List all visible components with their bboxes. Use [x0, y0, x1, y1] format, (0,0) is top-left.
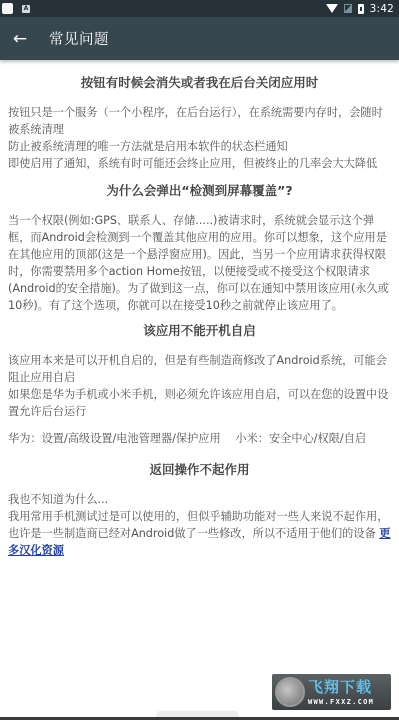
faq-section-autostart: 该应用不能开机自启 该应用本来是可以开机自启的，但是有些制造商修改了Androi…: [8, 322, 391, 447]
paragraph: 我也不知道为什么...: [8, 491, 391, 508]
notification-a-icon: A: [22, 5, 30, 13]
section-heading: 为什么会弹出“检测到屏幕覆盖”?: [8, 182, 391, 200]
watermark-text: 飞翔下载 WWW.FXXZ.COM: [308, 678, 374, 707]
paragraph: 华为：设置/高级设置/电池管理器/保护应用 小米：安全中心/权限/自启: [8, 430, 391, 447]
faq-section-buttons-disappear: 按钮有时候会消失或者我在后台关闭应用时 按钮只是一个服务（一个小程序，在后台运行…: [8, 74, 391, 172]
paragraph: 如果您是华为手机或小米手机，则必须允许该应用自启，可以在您的设置中设置允许后台运…: [8, 386, 391, 420]
section-heading: 该应用不能开机自启: [8, 322, 391, 340]
paragraph: 即使启用了通知，系统有时可能还会终止应用，但被终止的几率会大大降低: [8, 155, 391, 172]
faq-section-screen-overlay: 为什么会弹出“检测到屏幕覆盖”? 当一个权限(例如:GPS、联系人、存储....…: [8, 182, 391, 314]
status-clock: 3:42: [370, 3, 394, 15]
arrow-left-icon: ←: [13, 29, 27, 49]
paragraph: 当一个权限(例如:GPS、联系人、存储.....)被请求时，系统就会显示这个弹框…: [8, 212, 391, 314]
section-heading: 按钮有时候会消失或者我在后台关闭应用时: [8, 74, 391, 92]
battery-charging-icon: [358, 4, 364, 14]
paragraph: 该应用本来是可以开机自启的，但是有些制造商修改了Android系统，可能会阻止应…: [8, 352, 391, 386]
watermark-cn: 飞翔下载: [308, 678, 374, 697]
status-left-icons: A: [2, 3, 30, 14]
page-title: 常见问题: [49, 28, 109, 49]
app-bar: ← 常见问题: [0, 17, 399, 60]
paragraph: 我用常用手机测试过是可以使用的，但似乎辅助功能对一些人来说不起作用，也许是一些制…: [8, 508, 391, 559]
notification-square-icon: [2, 3, 13, 14]
status-bar: A 3:42: [0, 0, 399, 17]
status-right-icons: 3:42: [326, 3, 394, 15]
section-heading: 返回操作不起作用: [8, 461, 391, 479]
watermark-en: WWW.FXXZ.COM: [308, 697, 374, 707]
paragraph: 按钮只是一个服务（一个小程序，在后台运行），在系统需要内存时，会随时被系统清理: [8, 104, 391, 138]
wifi-icon: [326, 4, 338, 13]
paragraph-text: 我用常用手机测试过是可以使用的，但似乎辅助功能对一些人来说不起作用，也许是一些制…: [8, 510, 388, 540]
back-button[interactable]: ←: [0, 17, 40, 60]
paragraph: 防止被系统清理的唯一方法就是启用本软件的状态栏通知: [8, 138, 391, 155]
watermark-logo: 飞翔下载 WWW.FXXZ.COM: [272, 674, 391, 710]
watermark-emblem-icon: [275, 677, 305, 707]
faq-section-back-action: 返回操作不起作用 我也不知道为什么... 我用常用手机测试过是可以使用的，但似乎…: [8, 461, 391, 559]
signal-off-icon: [344, 4, 352, 13]
